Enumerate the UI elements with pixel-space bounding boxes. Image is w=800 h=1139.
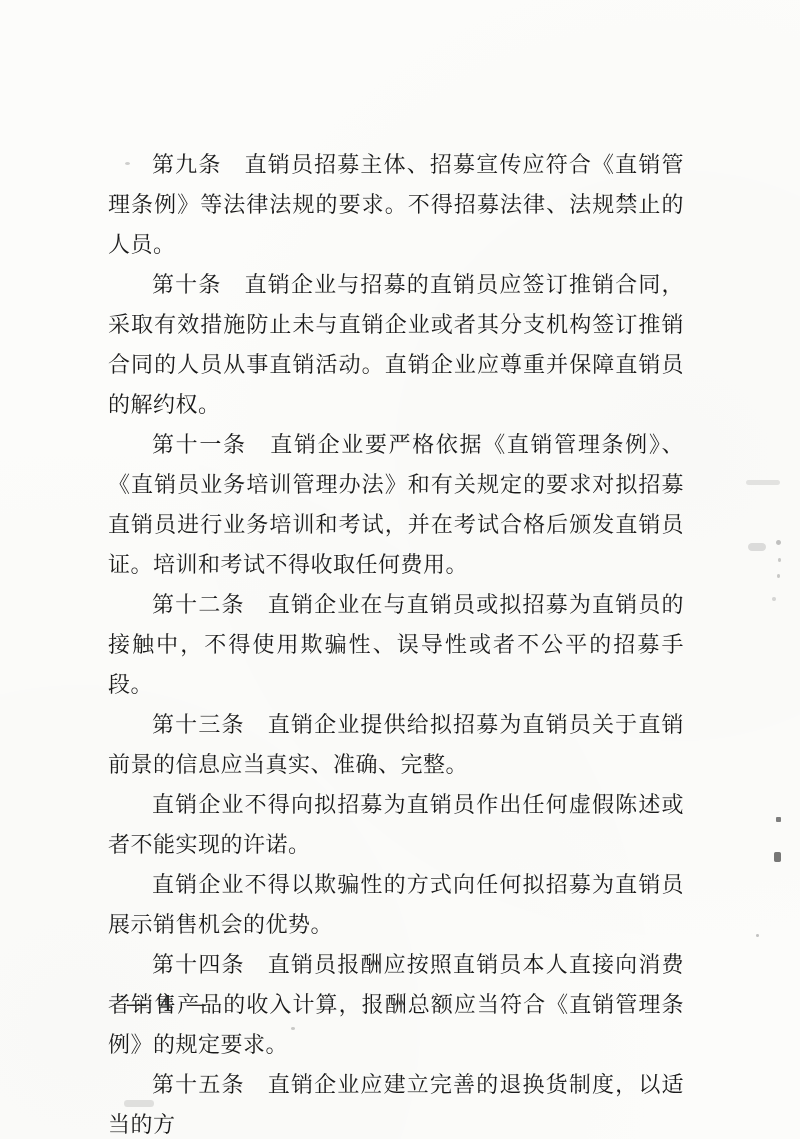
scan-noise-speck bbox=[776, 817, 781, 822]
paragraph-article-13: 第十三条 直销企业提供给拟招募为直销员关于直销前景的信息应当真实、准确、完整。 bbox=[108, 706, 684, 786]
scan-noise-speck bbox=[756, 934, 759, 937]
paragraph-article-10: 第十条 直销企业与招募的直销员应签订推销合同，采取有效措施防止未与直销企业或者其… bbox=[108, 266, 684, 426]
paragraph-article-13-clause-3: 直销企业不得以欺骗性的方式向任何拟招募为直销员展示销售机会的优势。 bbox=[108, 866, 684, 946]
scan-noise-speck bbox=[778, 558, 781, 562]
paragraph-article-15: 第十五条 直销企业应建立完善的退换货制度，以适当的方 bbox=[108, 1066, 684, 1139]
paragraph-article-12: 第十二条 直销企业在与直销员或拟招募为直销员的接触中，不得使用欺骗性、误导性或者… bbox=[108, 586, 684, 706]
scan-noise-speck bbox=[746, 480, 780, 485]
scanned-document-page: 第九条 直销员招募主体、招募宣传应符合《直销管理条例》等法律法规的要求。不得招募… bbox=[0, 0, 800, 1139]
paragraph-article-9: 第九条 直销员招募主体、招募宣传应符合《直销管理条例》等法律法规的要求。不得招募… bbox=[108, 146, 684, 266]
paragraph-article-11: 第十一条 直销企业要严格依据《直销管理条例》、《直销员业务培训管理办法》和有关规… bbox=[108, 426, 684, 586]
scan-noise-speck bbox=[772, 597, 776, 601]
page-number: — 4 — bbox=[126, 992, 210, 1016]
scan-noise-speck bbox=[774, 852, 781, 862]
scan-noise-speck bbox=[777, 574, 780, 578]
document-body: 第九条 直销员招募主体、招募宣传应符合《直销管理条例》等法律法规的要求。不得招募… bbox=[108, 146, 684, 1139]
scan-noise-speck bbox=[748, 543, 766, 551]
scan-noise-speck bbox=[776, 540, 781, 545]
paragraph-article-13-clause-2: 直销企业不得向拟招募为直销员作出任何虚假陈述或者不能实现的许诺。 bbox=[108, 786, 684, 866]
